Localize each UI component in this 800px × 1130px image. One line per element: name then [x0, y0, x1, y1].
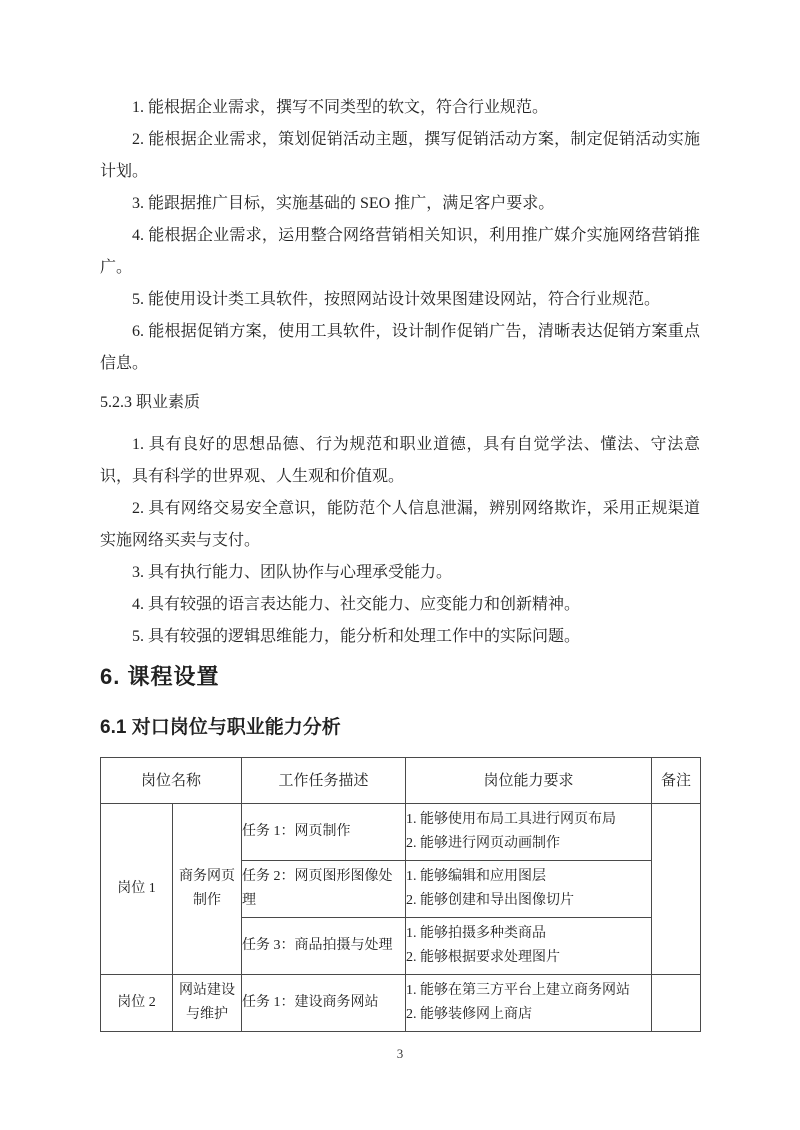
- header-ability: 岗位能力要求: [406, 758, 652, 804]
- skill-item: 5. 能使用设计类工具软件，按照网站设计效果图建设网站，符合行业规范。: [100, 284, 700, 316]
- post-name: 商务网页制作: [173, 804, 242, 975]
- remark-cell: [652, 804, 701, 975]
- quality-section-heading: 5.2.3 职业素质: [100, 387, 700, 419]
- job-ability-table: 岗位名称 工作任务描述 岗位能力要求 备注 岗位 1 商务网页制作 任务 1：网…: [100, 757, 701, 1032]
- page-content: 1. 能根据企业需求，撰写不同类型的软文，符合行业规范。 2. 能根据企业需求，…: [0, 0, 800, 1064]
- post-name: 网站建设与维护: [173, 975, 242, 1032]
- quality-item: 1. 具有良好的思想品德、行为规范和职业道德，具有自觉学法、懂法、守法意识，具有…: [100, 429, 700, 493]
- skill-item: 3. 能跟据推广目标，实施基础的 SEO 推广，满足客户要求。: [100, 188, 700, 220]
- quality-item: 5. 具有较强的逻辑思维能力，能分析和处理工作中的实际问题。: [100, 621, 700, 653]
- post-label: 岗位 2: [101, 975, 173, 1032]
- header-post-name: 岗位名称: [101, 758, 242, 804]
- skill-item: 6. 能根据促销方案，使用工具软件，设计制作促销广告，清晰表达促销方案重点信息。: [100, 316, 700, 380]
- quality-item: 4. 具有较强的语言表达能力、社交能力、应变能力和创新精神。: [100, 589, 700, 621]
- skill-item: 2. 能根据企业需求，策划促销活动主题，撰写促销活动方案，制定促销活动实施计划。: [100, 124, 700, 188]
- header-task-desc: 工作任务描述: [242, 758, 406, 804]
- section-heading: 6.1 对口岗位与职业能力分析: [100, 715, 700, 741]
- table-row: 岗位 2 网站建设与维护 任务 1：建设商务网站 1. 能够在第三方平台上建立商…: [101, 975, 701, 1032]
- ability-cell: 1. 能够使用布局工具进行网页布局 2. 能够进行网页动画制作: [406, 804, 652, 861]
- remark-cell: [652, 975, 701, 1032]
- task-cell: 任务 1：网页制作: [242, 804, 406, 861]
- ability-cell: 1. 能够在第三方平台上建立商务网站 2. 能够装修网上商店: [406, 975, 652, 1032]
- task-cell: 任务 1：建设商务网站: [242, 975, 406, 1032]
- task-cell: 任务 2：网页图形图像处理: [242, 861, 406, 918]
- table-row: 岗位 1 商务网页制作 任务 1：网页制作 1. 能够使用布局工具进行网页布局 …: [101, 804, 701, 861]
- table-header-row: 岗位名称 工作任务描述 岗位能力要求 备注: [101, 758, 701, 804]
- header-remark: 备注: [652, 758, 701, 804]
- skill-item: 1. 能根据企业需求，撰写不同类型的软文，符合行业规范。: [100, 92, 700, 124]
- post-label: 岗位 1: [101, 804, 173, 975]
- document-page: 1. 能根据企业需求，撰写不同类型的软文，符合行业规范。 2. 能根据企业需求，…: [0, 0, 800, 1130]
- task-cell: 任务 3：商品拍摄与处理: [242, 918, 406, 975]
- ability-cell: 1. 能够编辑和应用图层 2. 能够创建和导出图像切片: [406, 861, 652, 918]
- quality-item: 2. 具有网络交易安全意识，能防范个人信息泄漏，辨别网络欺诈，采用正规渠道实施网…: [100, 493, 700, 557]
- page-number: 3: [100, 1044, 700, 1064]
- skill-item: 4. 能根据企业需求，运用整合网络营销相关知识，利用推广媒介实施网络营销推广。: [100, 220, 700, 284]
- chapter-heading: 6. 课程设置: [100, 662, 700, 692]
- ability-cell: 1. 能够拍摄多种类商品 2. 能够根据要求处理图片: [406, 918, 652, 975]
- quality-item: 3. 具有执行能力、团队协作与心理承受能力。: [100, 557, 700, 589]
